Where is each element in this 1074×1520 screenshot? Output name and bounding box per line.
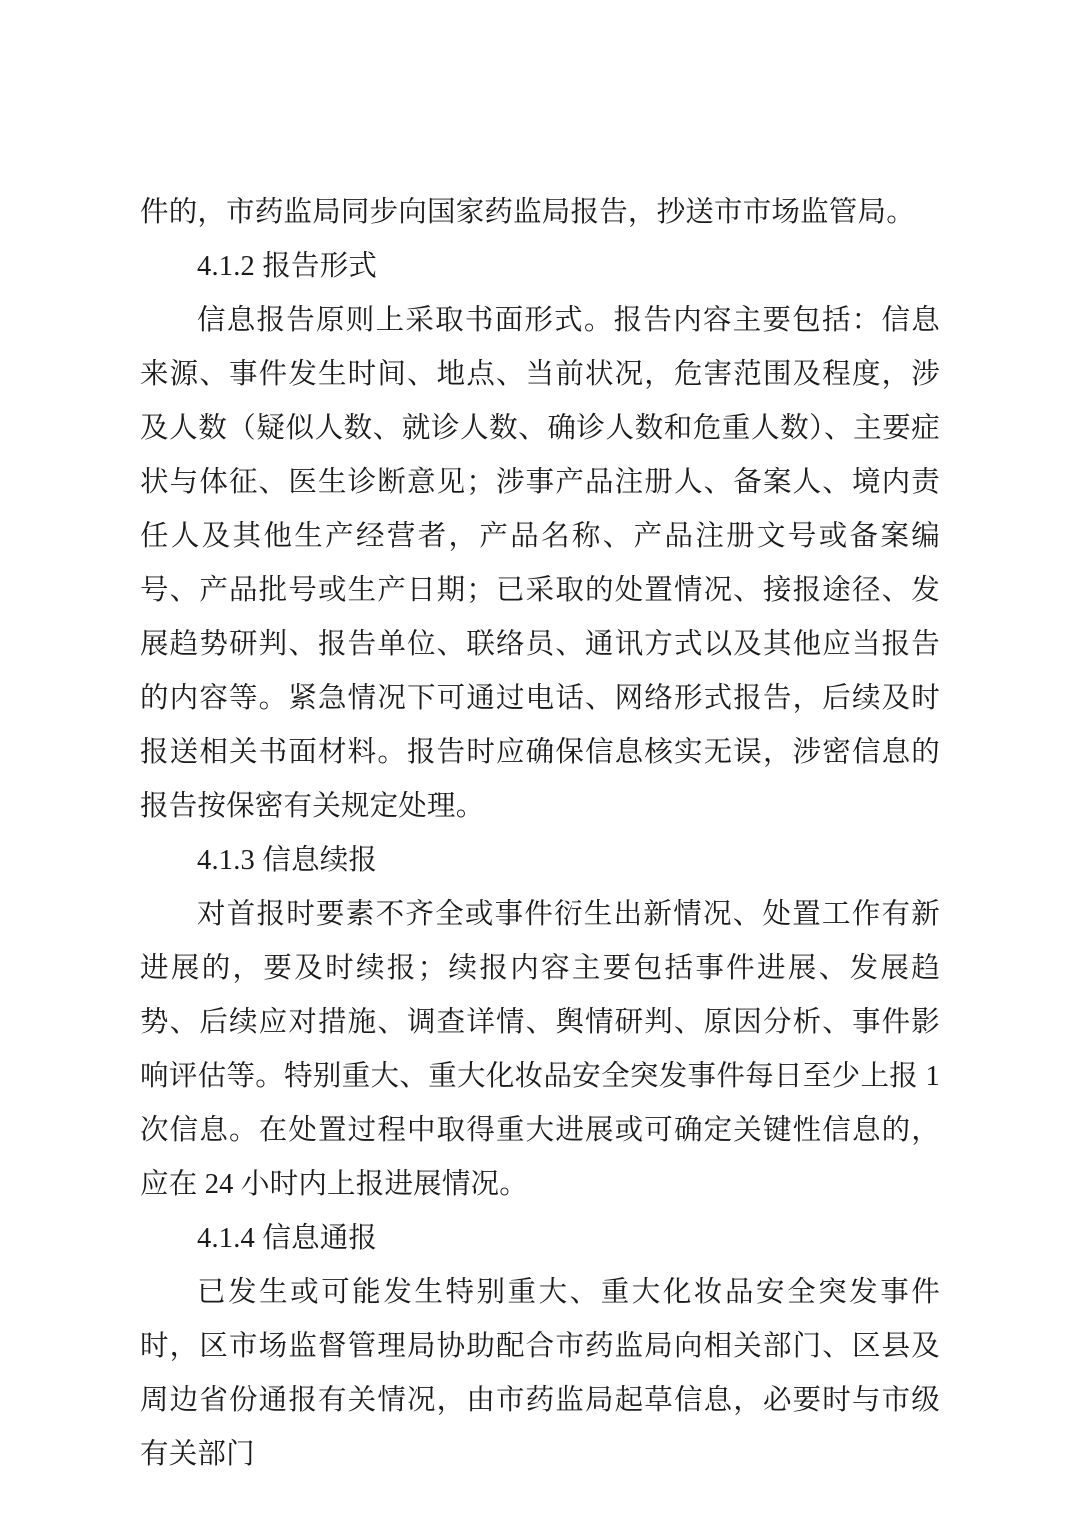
paragraph-information-followup: 对首报时要素不齐全或事件衍生出新情况、处置工作有新进展的，要及时续报；续报内容主… — [140, 888, 940, 1212]
document-page: 件的，市药监局同步向国家药监局报告，抄送市市场监管局。 4.1.2 报告形式 信… — [0, 0, 1074, 1520]
section-heading-4-1-2: 4.1.2 报告形式 — [140, 240, 940, 294]
paragraph-report-format: 信息报告原则上采取书面形式。报告内容主要包括：信息来源、事件发生时间、地点、当前… — [140, 294, 940, 834]
section-heading-4-1-4: 4.1.4 信息通报 — [140, 1212, 940, 1266]
paragraph-information-notification: 已发生或可能发生特别重大、重大化妆品安全突发事件时，区市场监督管理局协助配合市药… — [140, 1266, 940, 1482]
section-heading-4-1-3: 4.1.3 信息续报 — [140, 834, 940, 888]
document-text-block: 件的，市药监局同步向国家药监局报告，抄送市市场监管局。 4.1.2 报告形式 信… — [140, 186, 940, 1482]
continuation-paragraph: 件的，市药监局同步向国家药监局报告，抄送市市场监管局。 — [140, 186, 940, 240]
